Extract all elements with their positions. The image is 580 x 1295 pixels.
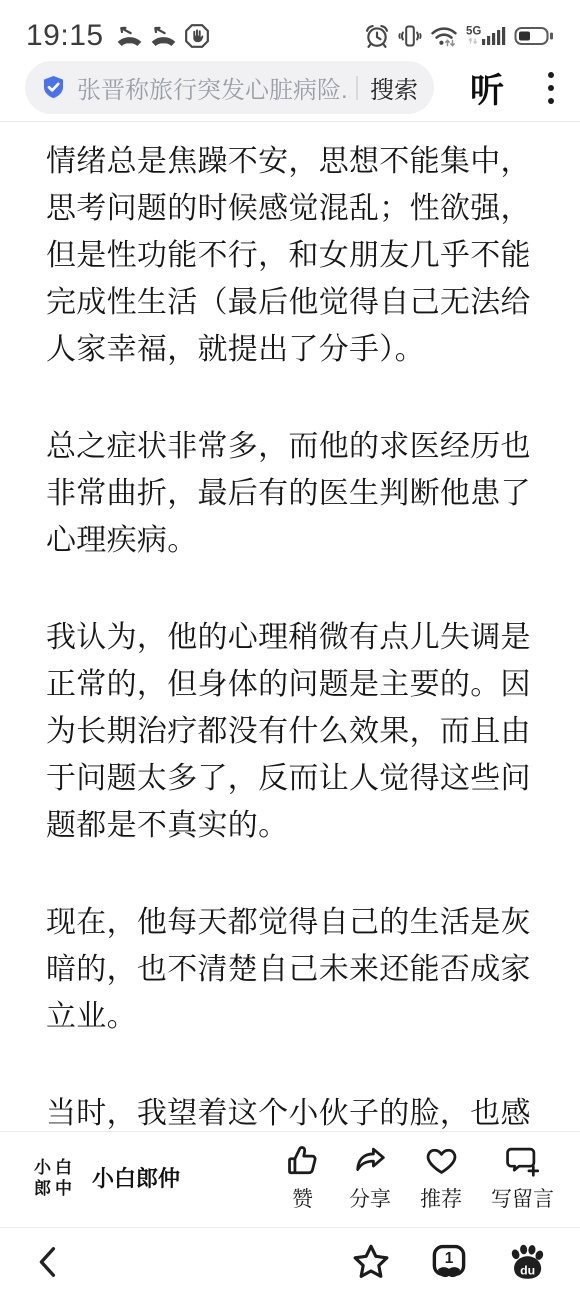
share-icon bbox=[353, 1143, 388, 1178]
like-label: 赞 bbox=[292, 1183, 313, 1213]
listen-button[interactable]: 听 bbox=[470, 63, 504, 112]
baidu-home-button[interactable]: du bbox=[507, 1242, 547, 1282]
like-button[interactable]: 赞 bbox=[285, 1143, 320, 1213]
back-chevron-icon bbox=[36, 1245, 60, 1279]
missed-call-icon bbox=[150, 26, 177, 47]
wifi-icon bbox=[430, 23, 458, 49]
article-paragraph: 当时，我望着这个小伙子的脸，也感 bbox=[46, 1090, 534, 1137]
more-menu-button[interactable] bbox=[544, 68, 558, 108]
kebab-dot bbox=[548, 72, 554, 78]
action-buttons: 赞 分享 推荐 写留言 bbox=[285, 1143, 554, 1213]
article-action-bar: 小白 郎中 小白郎仲 赞 分享 推荐 bbox=[0, 1131, 580, 1227]
recommend-button[interactable]: 推荐 bbox=[420, 1143, 462, 1213]
search-input[interactable]: 张晋称旅行突发心脏病险... 搜索 bbox=[25, 61, 434, 114]
back-button[interactable] bbox=[36, 1245, 60, 1279]
clock-time: 19:15 bbox=[26, 19, 104, 53]
pill-divider bbox=[356, 76, 358, 100]
author-logo-line2: 郎中 bbox=[34, 1178, 76, 1199]
tab-switcher-button[interactable]: 1 bbox=[429, 1242, 469, 1282]
heart-icon bbox=[424, 1143, 459, 1178]
svg-text:1: 1 bbox=[445, 1249, 454, 1266]
alarm-clock-icon bbox=[364, 23, 390, 49]
verified-shield-icon bbox=[40, 74, 67, 101]
write-comment-button[interactable]: 写留言 bbox=[491, 1143, 554, 1213]
battery-icon bbox=[514, 24, 554, 48]
bottom-nav-bar: 1 du bbox=[0, 1227, 580, 1295]
svg-text:du: du bbox=[520, 1263, 535, 1277]
article-paragraph: 我认为，他的心理稍微有点儿失调是正常的，但身体的问题是主要的。因为长期治疗都没有… bbox=[46, 614, 534, 849]
kebab-dot bbox=[548, 85, 554, 91]
search-header: 张晋称旅行突发心脏病险... 搜索 听 bbox=[0, 60, 580, 122]
phone-screen: 19:15 bbox=[0, 0, 580, 1295]
svg-text:5G: 5G bbox=[466, 26, 481, 38]
signal-5g-icon: 5G bbox=[466, 23, 506, 49]
baidu-paw-icon: du bbox=[507, 1242, 547, 1282]
article-paragraph: 情绪总是焦躁不安，思想不能集中，思考问题的时候感觉混乱；性欲强，但是性功能不行，… bbox=[46, 138, 534, 373]
notification-icons bbox=[116, 23, 210, 49]
favorite-button[interactable] bbox=[351, 1242, 391, 1282]
nav-right-group: 1 du bbox=[351, 1242, 547, 1282]
interruption-mode-icon bbox=[184, 23, 210, 49]
thumbs-up-icon bbox=[285, 1143, 320, 1178]
status-bar: 19:15 bbox=[0, 0, 580, 60]
search-button[interactable]: 搜索 bbox=[370, 70, 418, 105]
author-name[interactable]: 小白郎仲 bbox=[92, 1162, 180, 1193]
share-label: 分享 bbox=[349, 1183, 391, 1213]
vibrate-icon bbox=[398, 23, 422, 49]
comment-label-text: 推荐 bbox=[420, 1183, 462, 1213]
write-comment-label: 写留言 bbox=[491, 1183, 554, 1213]
article-paragraph: 总之症状非常多，而他的求医经历也非常曲折，最后有的医生判断他患了心理疾病。 bbox=[46, 423, 534, 564]
missed-call-icon bbox=[116, 26, 143, 47]
star-icon bbox=[351, 1242, 391, 1282]
comment-plus-icon bbox=[504, 1143, 541, 1178]
kebab-dot bbox=[548, 98, 554, 104]
share-button[interactable]: 分享 bbox=[349, 1143, 391, 1213]
article-body: 情绪总是焦躁不安，思想不能集中，思考问题的时候感觉混乱；性欲强，但是性功能不行，… bbox=[0, 122, 580, 1137]
system-status-icons: 5G bbox=[364, 23, 554, 49]
article-paragraph: 现在，他每天都觉得自己的生活是灰暗的，也不清楚自己未来还能否成家立业。 bbox=[46, 899, 534, 1040]
author-logo[interactable]: 小白 郎中 bbox=[34, 1157, 76, 1199]
author-logo-line1: 小白 bbox=[34, 1157, 76, 1178]
tab-switcher-icon: 1 bbox=[429, 1242, 469, 1282]
search-query-text: 张晋称旅行突发心脏病险... bbox=[77, 70, 350, 105]
